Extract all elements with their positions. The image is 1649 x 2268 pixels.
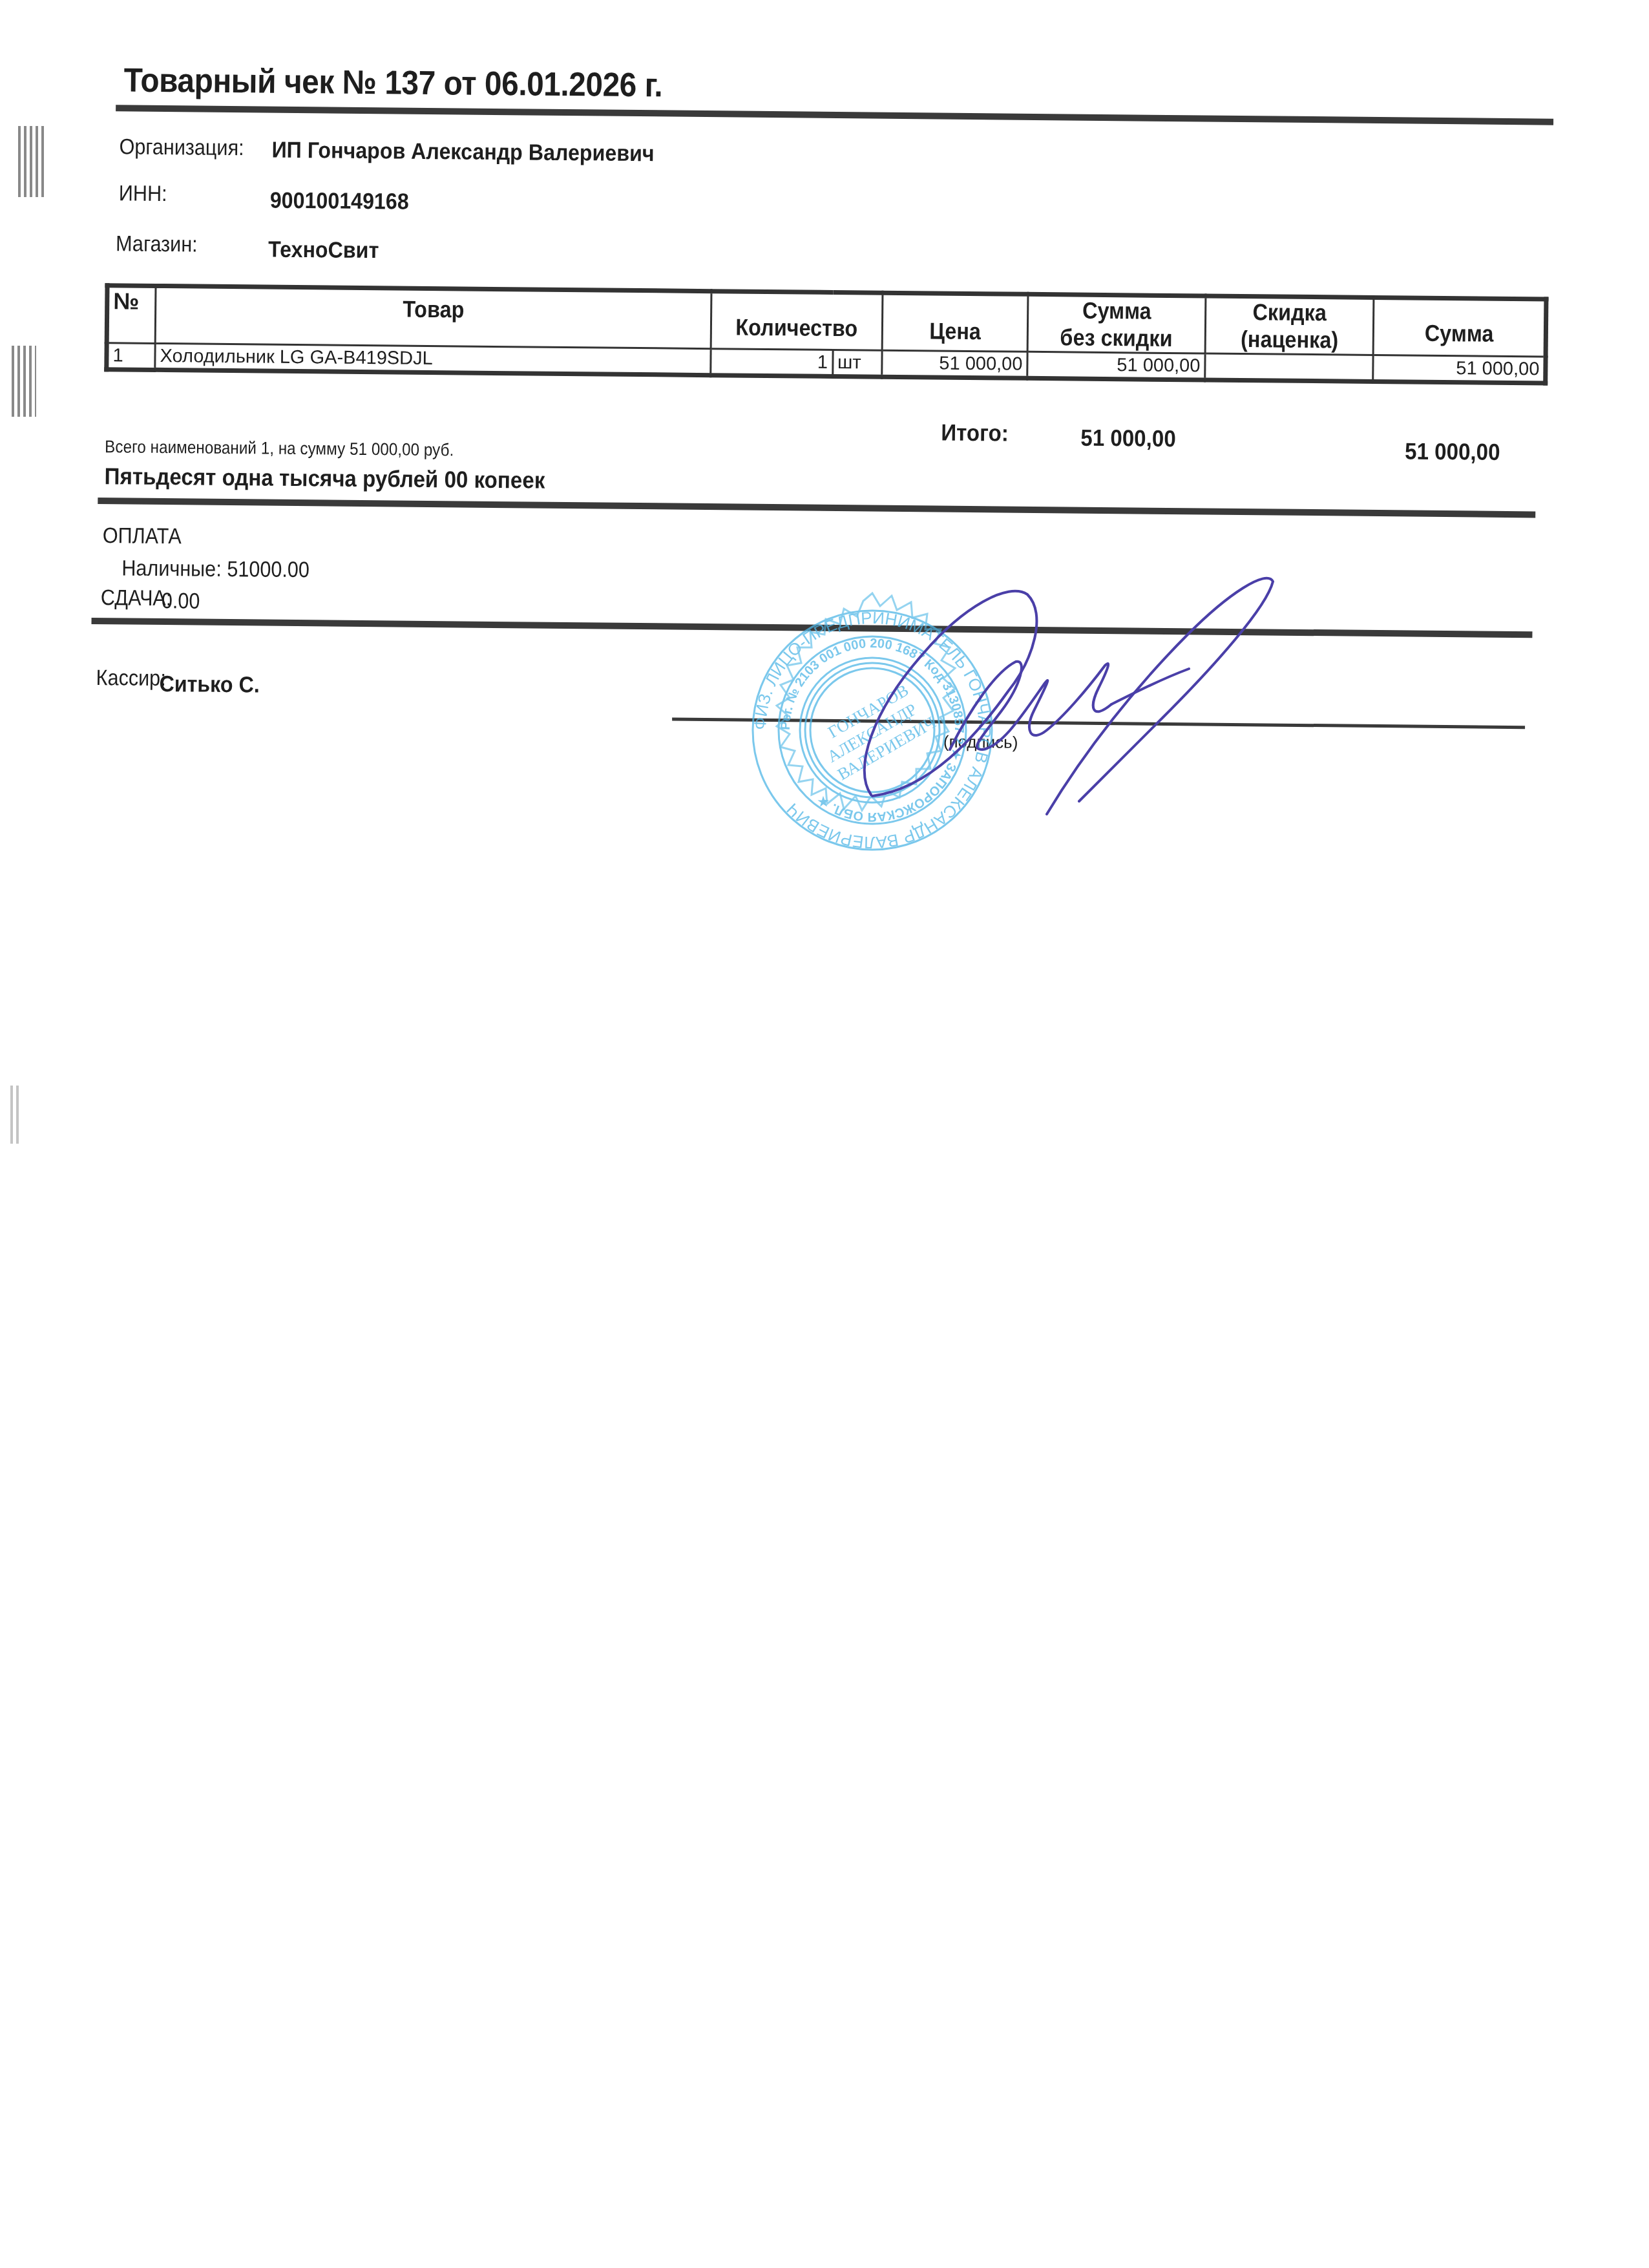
totals-label: Итого: — [941, 419, 1009, 447]
col-item: Товар — [155, 286, 711, 348]
col-qty: Количество — [711, 291, 883, 351]
totals-sum-no-discount: 51 000,00 — [1080, 425, 1176, 452]
cell-sum: 51 000,00 — [1373, 355, 1546, 383]
store-label: Магазин: — [116, 231, 198, 257]
scan-artifact — [18, 126, 47, 197]
payment-cash: Наличные: 51000.00 — [121, 556, 310, 583]
payment-heading: ОПЛАТА — [103, 523, 182, 549]
items-table: № Товар Количество Цена Сумма без скидки… — [104, 283, 1548, 385]
cell-num: 1 — [107, 343, 155, 370]
cell-qty: 1 — [711, 349, 833, 377]
scan-artifact — [10, 1086, 19, 1144]
col-price: Цена — [882, 293, 1028, 352]
totals-divider — [98, 498, 1535, 518]
inn-value: 900100149168 — [270, 188, 409, 215]
cell-discount — [1205, 353, 1373, 381]
col-discount: Скидка (наценка) — [1205, 296, 1374, 355]
cell-unit: шт — [832, 350, 882, 377]
handwritten-signature — [775, 556, 1422, 853]
cashier-value: Ситько С. — [159, 671, 259, 698]
col-sum-no-discount: Сумма без скидки — [1027, 294, 1206, 353]
change-value: 0.00 — [162, 589, 200, 614]
inn-label: ИНН: — [119, 181, 167, 207]
cell-price: 51 000,00 — [882, 350, 1027, 378]
col-num: № — [107, 286, 156, 344]
scanned-page: Товарный чек № 137 от 06.01.2026 г. Орга… — [0, 0, 1649, 2268]
document-title: Товарный чек № 137 от 06.01.2026 г. — [123, 61, 662, 105]
amount-in-words: Пятьдесят одна тысяча рублей 00 копеек — [104, 463, 545, 494]
items-summary: Всего наименований 1, на сумму 51 000,00… — [105, 437, 454, 460]
totals-sum: 51 000,00 — [1405, 437, 1500, 465]
store-value: ТехноСвит — [268, 237, 379, 264]
cell-sum-no-discount: 51 000,00 — [1027, 352, 1205, 380]
title-divider — [116, 105, 1553, 125]
organization-label: Организация: — [119, 134, 244, 161]
cell-item: Холодильник LG GA-B419SDJL — [155, 343, 711, 375]
cashier-label: Кассир: — [96, 666, 166, 691]
scan-artifact — [12, 346, 36, 417]
organization-value: ИП Гончаров Александр Валериевич — [271, 138, 654, 167]
col-sum: Сумма — [1373, 297, 1546, 357]
